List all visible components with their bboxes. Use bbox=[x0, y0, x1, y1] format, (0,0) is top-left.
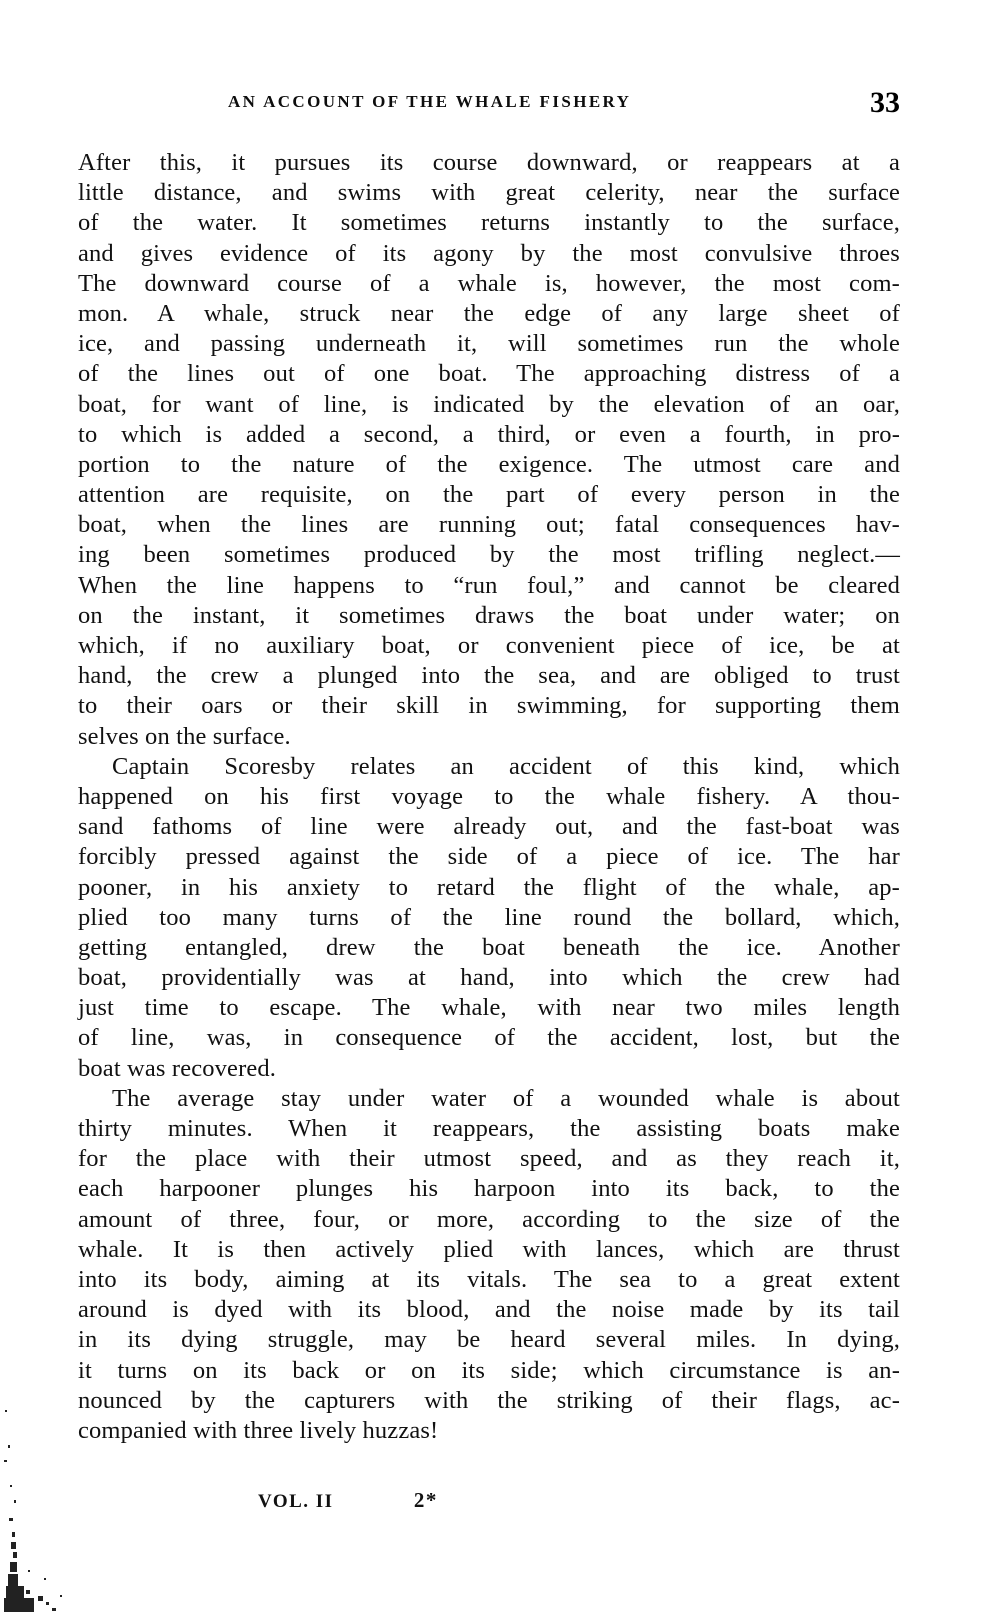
text-line: just time to escape. The whale, with nea… bbox=[78, 993, 900, 1023]
text-line: on the instant, it sometimes draws the b… bbox=[78, 601, 900, 631]
text-line: mon. A whale, struck near the edge of an… bbox=[78, 299, 900, 329]
text-line: each harpooner plunges his harpoon into … bbox=[78, 1174, 900, 1204]
text-line: to which is added a second, a third, or … bbox=[78, 420, 900, 450]
text-line: of the lines out of one boat. The approa… bbox=[78, 359, 900, 389]
scan-noise-specks bbox=[0, 1390, 90, 1612]
text-line: portion to the nature of the exigence. T… bbox=[78, 450, 900, 480]
text-line: of line, was, in consequence of the acci… bbox=[78, 1023, 900, 1053]
text-line: pooner, in his anxiety to retard the fli… bbox=[78, 873, 900, 903]
text-line: hand, the crew a plunged into the sea, a… bbox=[78, 661, 900, 691]
printer-signature: VOL. II 2* bbox=[258, 1488, 438, 1513]
volume-label: VOL. II bbox=[258, 1491, 334, 1513]
text-line: forcibly pressed against the side of a p… bbox=[78, 842, 900, 872]
text-line: thirty minutes. When it reappears, the a… bbox=[78, 1114, 900, 1144]
text-line: into its body, aiming at its vitals. The… bbox=[78, 1265, 900, 1295]
page-number: 33 bbox=[870, 86, 900, 120]
text-line: The downward course of a whale is, howev… bbox=[78, 269, 900, 299]
running-title: AN ACCOUNT OF THE WHALE FISHERY bbox=[228, 92, 631, 112]
text-line: little distance, and swims with great ce… bbox=[78, 178, 900, 208]
text-line: whale. It is then actively plied with la… bbox=[78, 1235, 900, 1265]
text-line: of the water. It sometimes returns insta… bbox=[78, 208, 900, 238]
text-line: around is dyed with its blood, and the n… bbox=[78, 1295, 900, 1325]
text-line: for the place with their utmost speed, a… bbox=[78, 1144, 900, 1174]
body-text: After this, it pursues its course downwa… bbox=[78, 148, 900, 1446]
text-line: After this, it pursues its course downwa… bbox=[78, 148, 900, 178]
running-head: AN ACCOUNT OF THE WHALE FISHERY 33 bbox=[78, 92, 900, 122]
text-line: which, if no auxiliary boat, or convenie… bbox=[78, 631, 900, 661]
text-line: and gives evidence of its agony by the m… bbox=[78, 239, 900, 269]
text-line: it turns on its back or on its side; whi… bbox=[78, 1356, 900, 1386]
text-line: nounced by the capturers with the striki… bbox=[78, 1386, 900, 1416]
text-line: boat, when the lines are running out; fa… bbox=[78, 510, 900, 540]
text-line: selves on the surface. bbox=[78, 722, 900, 752]
text-line: ing been sometimes produced by the most … bbox=[78, 540, 900, 570]
text-line: Captain Scoresby relates an accident of … bbox=[78, 752, 900, 782]
signature-mark: 2* bbox=[414, 1488, 438, 1513]
text-line: sand fathoms of line were already out, a… bbox=[78, 812, 900, 842]
text-line: companied with three lively huzzas! bbox=[78, 1416, 900, 1446]
text-line: in its dying struggle, may be heard seve… bbox=[78, 1325, 900, 1355]
text-line: ice, and passing underneath it, will som… bbox=[78, 329, 900, 359]
text-line: to their oars or their skill in swimming… bbox=[78, 691, 900, 721]
text-line: getting entangled, drew the boat beneath… bbox=[78, 933, 900, 963]
text-line: boat, for want of line, is indicated by … bbox=[78, 390, 900, 420]
text-line: boat, providentially was at hand, into w… bbox=[78, 963, 900, 993]
text-line: happened on his first voyage to the whal… bbox=[78, 782, 900, 812]
text-line: boat was recovered. bbox=[78, 1054, 900, 1084]
text-line: plied too many turns of the line round t… bbox=[78, 903, 900, 933]
text-line: attention are requisite, on the part of … bbox=[78, 480, 900, 510]
text-line: amount of three, four, or more, accordin… bbox=[78, 1205, 900, 1235]
text-line: When the line happens to “run foul,” and… bbox=[78, 571, 900, 601]
text-line: The average stay under water of a wounde… bbox=[78, 1084, 900, 1114]
